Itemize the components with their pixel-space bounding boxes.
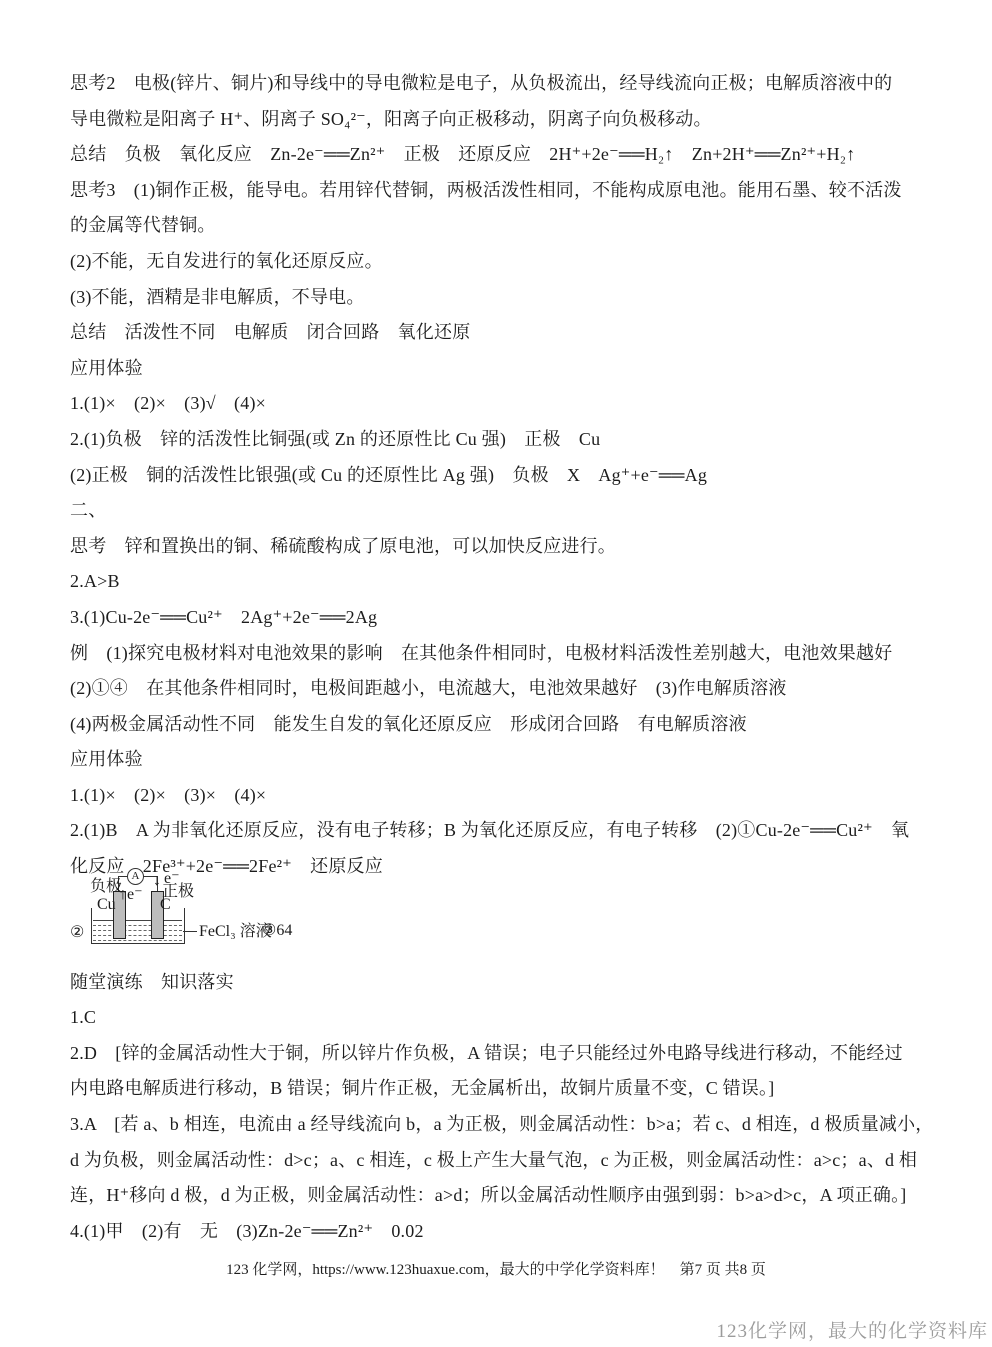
text-line: 思考3 (1)铜作正极，能导电。若用锌代替铜，两极活泼性相同，不能构成原电池。能… xyxy=(70,173,942,209)
page-footer: 123 化学网，https://www.123huaxue.com，最大的中学化… xyxy=(0,1258,992,1279)
galvanic-cell-diagram: ② A 负极 Cu 正极 C ↑e⁻ ↓ e⁻ FeCl₃ 溶液 ③64 xyxy=(70,873,390,965)
text-line: 内电路电解质进行移动，B 错误；铜片作正极，无金属析出，故铜片质量不变，C 错误… xyxy=(70,1071,942,1107)
solution-hatch xyxy=(93,935,182,936)
document-body: 思考2 电极(锌片、铜片)和导线中的导电微粒是电子，从负极流出，经导线流向正极；… xyxy=(0,0,992,1249)
text-line: 总结 活泼性不同 电解质 闭合回路 氧化还原 xyxy=(70,315,942,351)
copper-electrode-label: Cu xyxy=(97,897,116,913)
text-line: 2.(1)负极 锌的活泼性比铜强(或 Zn 的还原性比 Cu 强) 正极 Cu xyxy=(70,422,942,458)
text-line: (4)两极金属活动性不同 能发生自发的氧化还原反应 形成闭合回路 有电解质溶液 xyxy=(70,707,942,743)
solution-hatch xyxy=(93,930,182,931)
text-line: 导电微粒是阳离子 H⁺、阴离子 SO₄²⁻，阳离子向正极移动，阴离子向负极移动。 xyxy=(70,102,942,138)
text-line: 2.D [锌的金属活动性大于铜，所以锌片作负极，A 错误；电子只能经过外电路导线… xyxy=(70,1036,942,1072)
text-line: 的金属等代替铜。 xyxy=(70,208,942,244)
ammeter-icon: A xyxy=(127,868,144,885)
carbon-electrode-label: C xyxy=(160,897,171,913)
section-heading: 应用体验 xyxy=(70,351,942,387)
text-line: 1.(1)× (2)× (3)√ (4)× xyxy=(70,386,942,422)
text-line: 2.A>B xyxy=(70,564,942,600)
section-divider: 二、 xyxy=(70,493,942,529)
solution-hatch xyxy=(93,940,182,941)
negative-terminal-label: 负极 xyxy=(90,879,122,895)
text-line: 思考 锌和置换出的铜、稀硫酸构成了原电池，可以加快反应进行。 xyxy=(70,529,942,565)
text-line: 4.(1)甲 (2)有 无 (3)Zn-2e⁻══Zn²⁺ 0.02 xyxy=(70,1214,942,1250)
text-line: d 为负极，则金属活动性：d>c；a、c 相连，c 极上产生大量气泡，c 为正极… xyxy=(70,1143,942,1179)
text-line: 思考2 电极(锌片、铜片)和导线中的导电微粒是电子，从负极流出，经导线流向正极；… xyxy=(70,66,942,102)
section-heading: 随堂演练 知识落实 xyxy=(70,965,942,1001)
text-line: 2.(1)B A 为非氧化还原反应，没有电子转移；B 为氧化还原反应，有电子转移… xyxy=(70,813,942,849)
text-line: 连，H⁺移向 d 极，d 为正极，则金属活动性：a>d；所以金属活动性顺序由强到… xyxy=(70,1178,942,1214)
text-line: (2)正极 铜的活泼性比银强(或 Cu 的还原性比 Ag 强) 负极 X Ag⁺… xyxy=(70,458,942,494)
text-line: 3.A [若 a、b 相连，电流由 a 经导线流向 b，a 为正极，则金属活动性… xyxy=(70,1107,942,1143)
solution-hatch xyxy=(93,925,182,926)
electron-flow-down-arrow-icon: ↓ xyxy=(153,873,161,889)
text-line: 1.C xyxy=(70,1000,942,1036)
solution-pointer-line xyxy=(183,931,197,932)
electron-flow-up-arrow-icon: ↑e⁻ xyxy=(119,887,143,903)
answer-marker-2: ② xyxy=(70,925,84,941)
solution-label: FeCl₃ 溶液 xyxy=(199,924,272,940)
section-heading: 应用体验 xyxy=(70,742,942,778)
answer-marker-3: ③64 xyxy=(262,923,292,939)
text-line: (2)不能，无自发进行的氧化还原反应。 xyxy=(70,244,942,280)
watermark: 123化学网，最大的化学资料库 xyxy=(716,1316,988,1343)
text-line: (3)不能，酒精是非电解质，不导电。 xyxy=(70,280,942,316)
text-line: 1.(1)× (2)× (3)× (4)× xyxy=(70,778,942,814)
text-line: 3.(1)Cu-2e⁻══Cu²⁺ 2Ag⁺+2e⁻══2Ag xyxy=(70,600,942,636)
text-line: (2)①④ 在其他条件相同时，电极间距越小，电流越大，电池效果越好 (3)作电解… xyxy=(70,671,942,707)
electron-label: e⁻ xyxy=(164,871,180,887)
text-line: 总结 负极 氧化反应 Zn-2e⁻══Zn²⁺ 正极 还原反应 2H⁺+2e⁻═… xyxy=(70,137,942,173)
text-line: 例 (1)探究电极材料对电池效果的影响 在其他条件相同时，电极材料活泼性差别越大… xyxy=(70,636,942,672)
